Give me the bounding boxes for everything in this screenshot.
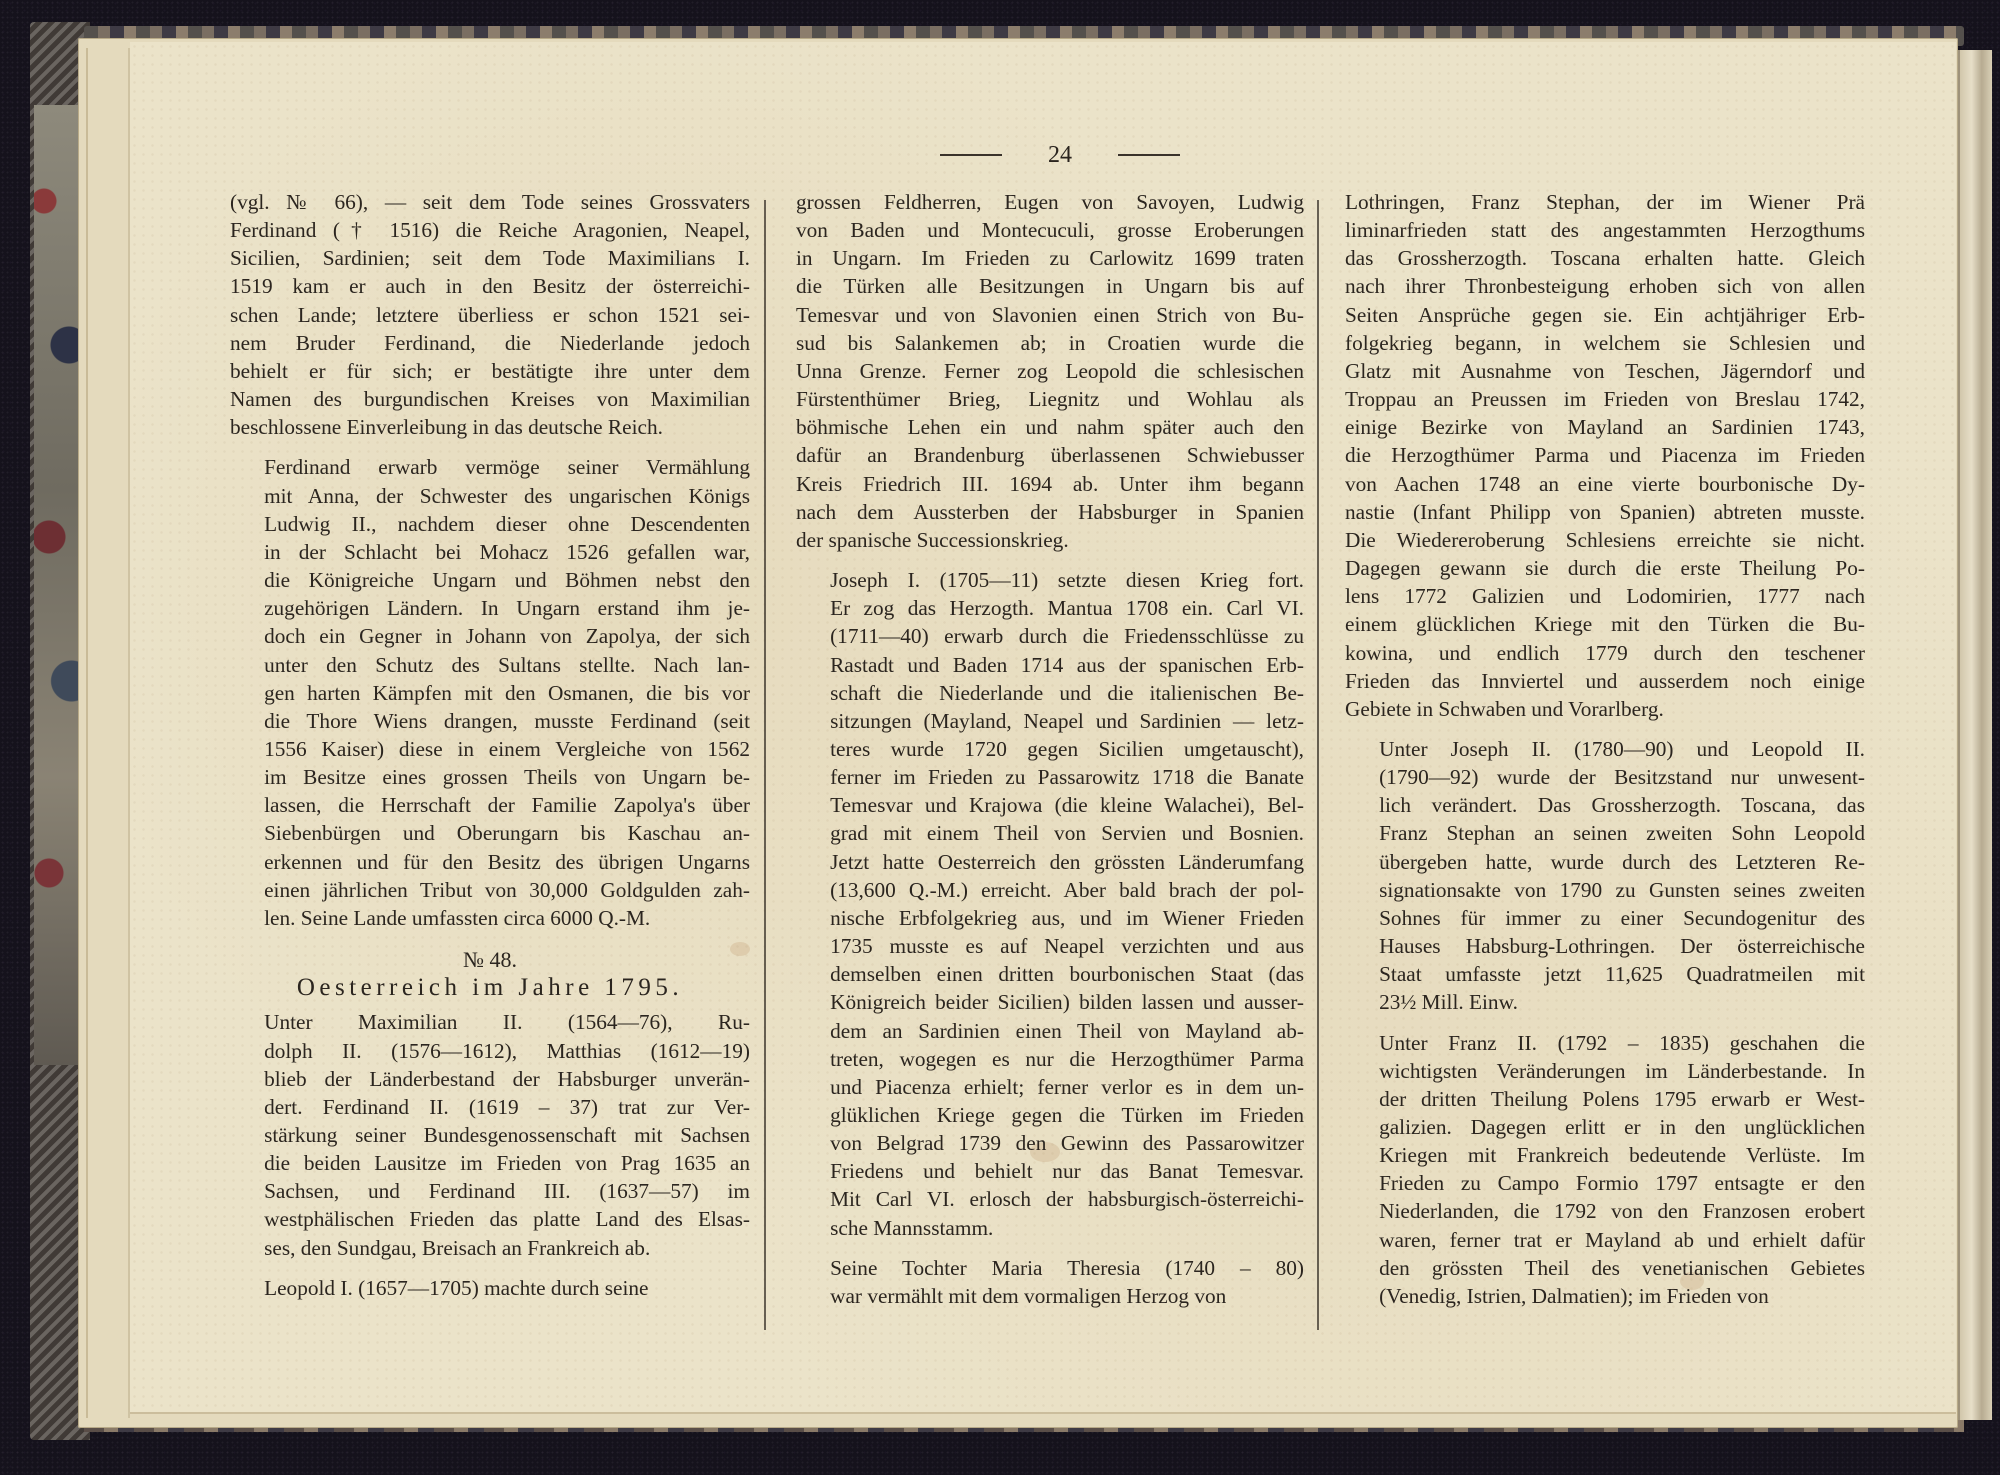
paragraph: Unter Joseph II. (1780—90) und Leopold I… [1345,735,1865,1017]
text-line: treten, wogegen es nur die Herzogthümer … [796,1045,1304,1073]
text-line: Ferdinand erwarb vermöge seiner Vermählu… [230,453,750,481]
text-line: Die Wiedereroberung Schlesiens erreichte… [1345,526,1865,554]
text-line: lens 1772 Galizien und Lodomirien, 1777 … [1345,582,1865,610]
text-line: dem an Sardinien einen Theil von Mayland… [796,1017,1304,1045]
text-line: die Herzogthümer Parma und Piacenza im F… [1345,441,1865,469]
text-line: Fürstenthümer Brieg, Liegnitz und Wohlau… [796,385,1304,413]
text-line: Friedens und behielt nur das Banat Temes… [796,1157,1304,1185]
text-line: Ludwig II., nachdem dieser ohne Descende… [230,510,750,538]
text-column-right: Lothringen, Franz Stephan, der im Wiener… [1345,188,1865,1310]
text-line: von Aachen 1748 an eine vierte bourbonis… [1345,470,1865,498]
text-line: schaft die Niederlande und die italienis… [796,679,1304,707]
section-number: № 48. [230,946,750,974]
text-line: Sachsen, und Ferdinand III. (1637—57) im [230,1177,750,1205]
text-line: Temesvar und Krajowa (die kleine Walache… [796,791,1304,819]
page-edge-line [1958,50,1960,1420]
text-line: schen Lande; letztere überliess er schon… [230,301,750,329]
text-line: grad mit einem Theil von Servien und Bos… [796,819,1304,847]
page-header: 24 [940,140,1180,170]
text-line: Unter Franz II. (1792 – 1835) geschahen … [1345,1029,1865,1057]
column-divider [1317,200,1319,1330]
text-line: 1735 musste es auf Neapel verzichten und… [796,932,1304,960]
section-title: Oesterreich im Jahre 1795. [230,974,750,1002]
paragraph: Unter Maximilian II. (1564—76), Ru-dolph… [230,1008,750,1261]
text-line: Unna Grenze. Ferner zog Leopold die schl… [796,357,1304,385]
text-line: von Belgrad 1739 den Gewinn des Passarow… [796,1129,1304,1157]
column-divider [764,200,766,1330]
text-line: behielt er für sich; er bestätigte ihre … [230,357,750,385]
text-line: beschlossene Einverleibung in das deutsc… [230,413,750,441]
text-line: Kriegen mit Frankreich bedeutende Verlüs… [1345,1141,1865,1169]
page-number: 24 [1048,142,1072,169]
text-line: gen harten Kämpfen mit den Osmanen, die … [230,679,750,707]
text-line: Joseph I. (1705—11) setzte diesen Krieg … [796,566,1304,594]
text-line: nastie (Infant Philipp von Spanien) abtr… [1345,498,1865,526]
text-line: erkennen und für den Besitz des übrigen … [230,848,750,876]
text-line: sitzungen (Mayland, Neapel und Sardinien… [796,707,1304,735]
text-line: Seine Tochter Maria Theresia (1740 – 80) [796,1254,1304,1282]
text-line: dolph II. (1576—1612), Matthias (1612—19… [230,1037,750,1065]
text-line: (1790—92) wurde der Besitzstand nur unwe… [1345,763,1865,791]
text-line: folgekrieg begann, in welchem sie Schles… [1345,329,1865,357]
paragraph: Lothringen, Franz Stephan, der im Wiener… [1345,188,1865,723]
page-fore-edge [1958,50,1992,1420]
text-line: die Königreiche Ungarn und Böhmen nebst … [230,566,750,594]
text-line: war vermählt mit dem vormaligen Herzog v… [796,1282,1304,1310]
text-line: Mit Carl VI. erlosch der habsburgisch-ös… [796,1185,1304,1213]
text-line: zugehörigen Ländern. In Ungarn erstand i… [230,594,750,622]
text-line: lich verändert. Das Grossherzogth. Tosca… [1345,791,1865,819]
header-rule-left [940,154,1002,156]
text-line: Seiten Ansprüche gegen sie. Ein achtjähr… [1345,301,1865,329]
text-line: der spanische Successionskrieg. [796,526,1304,554]
text-line: (13,600 Q.-M.) erreicht. Aber bald brach… [796,876,1304,904]
text-line: sud bis Salankemen ab; in Croatien wurde… [796,329,1304,357]
text-line: blieb der Länderbestand der Habsburger u… [230,1065,750,1093]
text-line: ses, den Sundgau, Breisach an Frankreich… [230,1234,750,1262]
paragraph: Leopold I. (1657—1705) machte durch sein… [230,1274,750,1302]
text-line: waren, ferner trat er Mayland ab und erh… [1345,1226,1865,1254]
header-rule-right [1118,154,1180,156]
text-line: mit Anna, der Schwester des ungarischen … [230,482,750,510]
text-line: Glatz mit Ausnahme von Teschen, Jägerndo… [1345,357,1865,385]
text-line: wichtigsten Veränderungen im Länderbesta… [1345,1057,1865,1085]
text-line: teres wurde 1720 gegen Sicilien umgetaus… [796,735,1304,763]
text-line: 1556 Kaiser) diese in einem Vergleiche v… [230,735,750,763]
text-line: (1711—40) erwarb durch die Friedensschlü… [796,622,1304,650]
text-line: Sohnes für immer zu einer Secundogenitur… [1345,904,1865,932]
text-line: im Besitze eines grossen Theils von Unga… [230,763,750,791]
text-line: von Baden und Montecuculi, grosse Erober… [796,216,1304,244]
text-line: Staat umfasste jetzt 11,625 Quadratmeile… [1345,960,1865,988]
text-line: grossen Feldherren, Eugen von Savoyen, L… [796,188,1304,216]
text-line: 1519 kam er auch in den Besitz der öster… [230,272,750,300]
text-line: Namen des burgundischen Kreises von Maxi… [230,385,750,413]
text-line: Temesvar und von Slavonien einen Strich … [796,301,1304,329]
text-line: nach ihrer Thronbesteigung erhoben sich … [1345,272,1865,300]
text-line: Rastadt und Baden 1714 aus der spanische… [796,651,1304,679]
text-line: das Grossherzogth. Toscana erhalten hatt… [1345,244,1865,272]
text-line: dafür an Brandenburg überlassenen Schwie… [796,441,1304,469]
text-line: Franz Stephan an seinen zweiten Sohn Leo… [1345,819,1865,847]
paragraph: Unter Franz II. (1792 – 1835) geschahen … [1345,1029,1865,1311]
paragraph: Seine Tochter Maria Theresia (1740 – 80)… [796,1254,1304,1310]
text-line: doch ein Gegner in Johann von Zapolya, d… [230,622,750,650]
text-line: signationsakte von 1790 zu Gunsten seine… [1345,876,1865,904]
text-line: westphälischen Frieden das platte Land d… [230,1205,750,1233]
text-line: Hauses Habsburg-Lothringen. Der österrei… [1345,932,1865,960]
text-line: nach dem Aussterben der Habsburger in Sp… [796,498,1304,526]
text-line: (vgl. № 66), — seit dem Tode seines Gros… [230,188,750,216]
text-line: (Venedig, Istrien, Dalmatien); im Friede… [1345,1282,1865,1310]
text-line: Troppau an Preussen im Frieden von Bresl… [1345,385,1865,413]
text-line: sche Mannsstamm. [796,1214,1304,1242]
text-line: Frieden zu Campo Formio 1797 entsagte er… [1345,1169,1865,1197]
text-line: in der Schlacht bei Mohacz 1526 gefallen… [230,538,750,566]
text-line: liminarfrieden statt des angestammten He… [1345,216,1865,244]
text-line: Siebenbürgen und Oberungarn bis Kaschau … [230,819,750,847]
text-line: nische Erbfolgekrieg aus, und im Wiener … [796,904,1304,932]
text-line: dert. Ferdinand II. (1619 – 37) trat zur… [230,1093,750,1121]
paragraph: grossen Feldherren, Eugen von Savoyen, L… [796,188,1304,554]
text-line: lassen, die Herrschaft der Familie Zapol… [230,791,750,819]
text-column-middle: grossen Feldherren, Eugen von Savoyen, L… [796,188,1304,1310]
text-line: ferner im Frieden zu Passarowitz 1718 di… [796,763,1304,791]
text-line: Er zog das Herzogth. Mantua 1708 ein. Ca… [796,594,1304,622]
text-line: Jetzt hatte Oesterreich den grössten Län… [796,848,1304,876]
text-line: Niederlanden, die 1792 von den Franzosen… [1345,1197,1865,1225]
text-line: galizien. Dagegen erlitt er in den unglü… [1345,1113,1865,1141]
text-line: Unter Maximilian II. (1564—76), Ru- [230,1008,750,1036]
text-line: die Thore Wiens drangen, musste Ferdinan… [230,707,750,735]
text-line: böhmische Lehen ein und nahm später auch… [796,413,1304,441]
paragraph: Joseph I. (1705—11) setzte diesen Krieg … [796,566,1304,1242]
text-line: nem Bruder Ferdinand, die Niederlande je… [230,329,750,357]
text-line: Frieden das Innviertel und ausserdem noc… [1345,667,1865,695]
text-line: Dagegen gewann sie durch die erste Theil… [1345,554,1865,582]
text-line: Kreis Friedrich III. 1694 ab. Unter ihm … [796,470,1304,498]
text-line: len. Seine Lande umfassten circa 6000 Q.… [230,904,750,932]
text-line: Lothringen, Franz Stephan, der im Wiener… [1345,188,1865,216]
text-line: Leopold I. (1657—1705) machte durch sein… [230,1274,750,1302]
text-line: die Türken alle Besitzungen in Ungarn bi… [796,272,1304,300]
text-line: Ferdinand († 1516) die Reiche Aragonien,… [230,216,750,244]
text-line: 23½ Mill. Einw. [1345,988,1865,1016]
text-line: Gebiete in Schwaben und Vorarlberg. [1345,695,1865,723]
text-line: unter den Schutz des Sultans stellte. Na… [230,651,750,679]
text-line: und Piacenza erhielt; ferner verlor es i… [796,1073,1304,1101]
paragraph: Ferdinand erwarb vermöge seiner Vermählu… [230,453,750,932]
text-line: Königreich beider Sicilien) bilden lasse… [796,988,1304,1016]
text-line: Sicilien, Sardinien; seit dem Tode Maxim… [230,244,750,272]
text-line: einen jährlichen Tribut von 30,000 Goldg… [230,876,750,904]
text-line: übergeben hatte, wurde durch des Letzter… [1345,848,1865,876]
text-line: die beiden Lausitze im Frieden von Prag … [230,1149,750,1177]
text-line: einem glücklichen Kriege mit den Türken … [1345,610,1865,638]
text-line: glüklichen Kriege gegen die Türken im Fr… [796,1101,1304,1129]
text-line: den grössten Theil des venetianischen Ge… [1345,1254,1865,1282]
text-line: Unter Joseph II. (1780—90) und Leopold I… [1345,735,1865,763]
marbled-cover [34,105,84,1065]
text-line: stärkung seiner Bundesgenossenschaft mit… [230,1121,750,1149]
text-line: demselben einen dritten bourbonischen St… [796,960,1304,988]
text-line: kowina, und endlich 1779 durch den tesch… [1345,639,1865,667]
text-line: in Ungarn. Im Frieden zu Carlowitz 1699 … [796,244,1304,272]
text-line: der dritten Theilung Polens 1795 erwarb … [1345,1085,1865,1113]
text-line: einige Bezirke von Mayland an Sardinien … [1345,413,1865,441]
paragraph: (vgl. № 66), — seit dem Tode seines Gros… [230,188,750,441]
text-column-left: (vgl. № 66), — seit dem Tode seines Gros… [230,188,750,1302]
